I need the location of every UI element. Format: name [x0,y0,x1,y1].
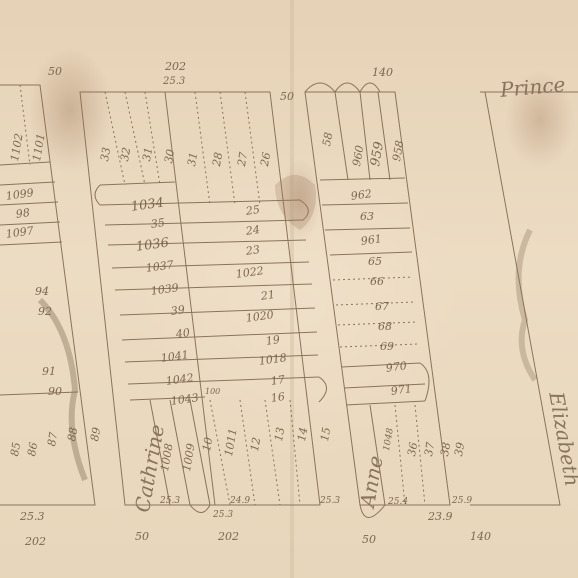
dimension-label: 25.9 [452,496,472,506]
dimension-label: 25.3 [20,510,45,523]
lot-number: 26 [258,151,273,167]
dimension-label: 23.9 [428,510,453,523]
lot-number: 27 [235,151,250,167]
lot-number: 88 [65,426,80,442]
lot-number: 36 [405,441,420,457]
lot-number: 12 [248,436,263,452]
lot-number: 39 [452,441,467,457]
lot-number: 19 [265,333,281,348]
dimension-label: 50 [48,65,62,78]
dimension-label: 50 [135,530,149,543]
lot-number: 31 [185,151,200,167]
lot-number: 33 [98,146,113,162]
lot-number: 14 [295,426,310,442]
lot-number: 67 [375,300,389,313]
lot-number: 10 [200,436,215,452]
lot-number: 31 [140,146,155,162]
dimension-label: 202 [25,535,46,548]
lot-number: 85 [8,441,23,457]
dimension-label: 50 [280,90,294,103]
lot-number: 16 [270,390,286,405]
dimension-label: 140 [372,66,393,79]
dimension-label: 25.3 [160,496,180,506]
dimension-label: 25.3 [163,76,185,87]
dimension-label: 202 [165,60,186,73]
lot-number: 28 [210,151,225,167]
dimension-label: 24.9 [230,496,250,506]
lot-suffix: 100 [205,387,220,396]
lot-number: 65 [368,255,382,268]
lot-number: 24 [245,223,261,238]
lot-number: 98 [15,206,31,221]
lot-number: 13 [272,426,287,442]
lot-number: 90 [48,385,62,398]
lot-number: 86 [25,441,40,457]
dimension-label: 140 [470,530,491,543]
dimension-label: 25.4 [388,497,408,507]
lot-number: 39 [170,303,186,318]
lot-number: 68 [378,320,392,333]
lot-number: 58 [320,131,335,147]
lot-number: 91 [42,365,56,378]
plat-linework [0,0,578,578]
lot-number: 21 [260,288,276,303]
lot-number: 69 [380,340,394,353]
lot-number: 94 [35,285,49,298]
dimension-label: 25.3 [213,510,233,520]
lot-number: 30 [162,148,177,164]
lot-number: 15 [318,426,333,442]
dimension-label: 50 [362,533,376,546]
lot-number: 37 [422,441,437,457]
lot-number: 89 [88,426,103,442]
lot-number: 40 [175,326,191,341]
lot-number: 25 [245,203,261,218]
lot-number: 17 [270,373,286,388]
lot-number: 66 [370,275,384,288]
lot-number: 32 [118,146,133,162]
lot-number: 63 [360,210,374,223]
lot-number: 23 [245,243,261,258]
lot-number: 87 [45,431,60,447]
lot-number: 35 [150,216,166,231]
dimension-label: 25.3 [320,496,340,506]
lot-number: 92 [38,305,52,318]
dimension-label: 202 [218,530,239,543]
